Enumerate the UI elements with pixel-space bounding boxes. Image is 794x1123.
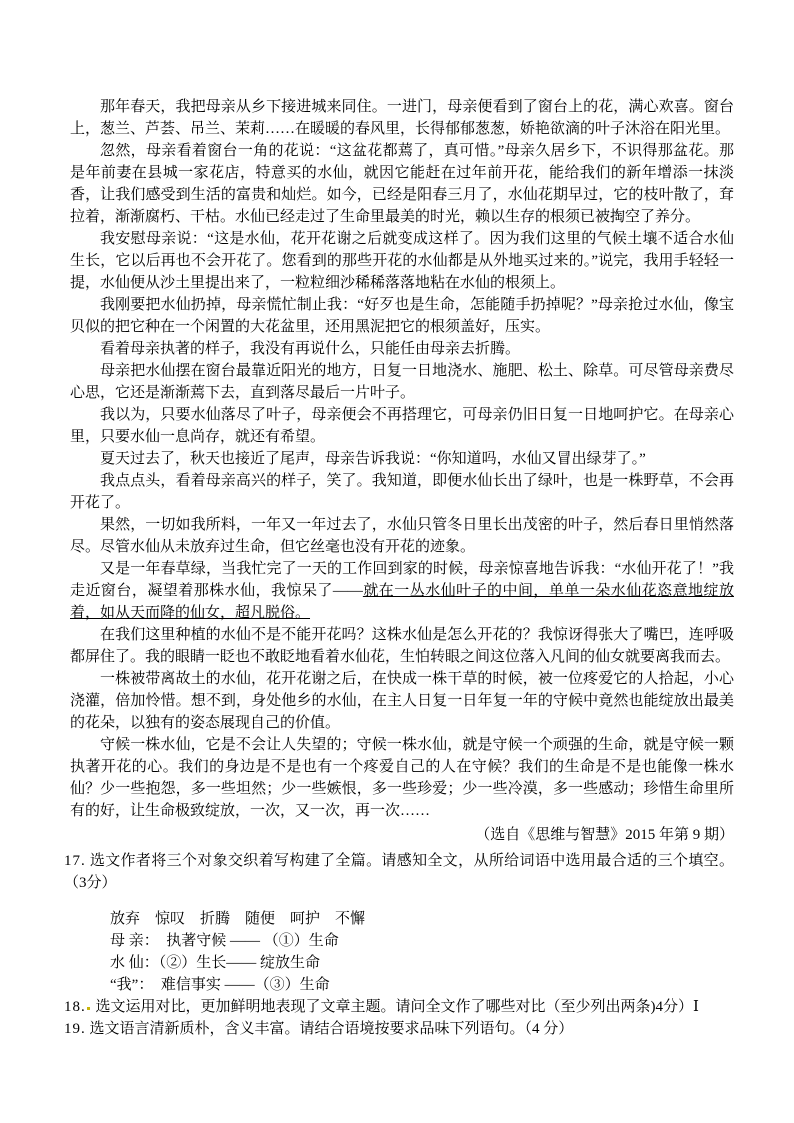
article-paragraph: 守候一株水仙，它是不会让人失望的；守候一株水仙，就是守候一个顽强的生命，就是守候…	[70, 734, 734, 822]
fill-line-mother: 母 亲： 执著守候 —— （①）生命	[70, 930, 734, 952]
question-18: 18. 选文运用对比，更加鲜明地表现了文章主题。请问全文作了哪些对比（至少列出两…	[64, 996, 734, 1018]
question-17-text: 选文作者将三个对象交织着写构建了全篇。请感知全文，从所给词语中选用最合适的三个填…	[64, 853, 734, 891]
fill-line-me: “我”： 难信事实 ——（③）生命	[70, 974, 734, 996]
question-18-text: 选文运用对比，更加鲜明地表现了文章主题。请问全文作了哪些对比（至少列出两条)4分…	[96, 999, 699, 1015]
yellow-dot-artifact	[87, 1007, 90, 1010]
question-19: 19. 选文语言清新质朴，含义丰富。请结合语境按要求品味下列语句。（4 分）	[64, 1018, 734, 1040]
article-paragraph: 我以为，只要水仙落尽了叶子，母亲便会不再搭理它，可母亲仍旧日复一日地呵护它。在母…	[70, 404, 734, 448]
question-17-number: 17.	[64, 853, 86, 869]
question-17: 17. 选文作者将三个对象交织着写构建了全篇。请感知全文，从所给词语中选用最合适…	[64, 850, 734, 894]
document-content: 那年春天，我把母亲从乡下接进城来同住。一进门，母亲便看到了窗台上的花，满心欢喜。…	[0, 0, 794, 1040]
article-paragraph: 忽然，母亲看着窗台一角的花说：“这盆花都蔫了，真可惜。”母亲久居乡下，不识得那盆…	[70, 140, 734, 228]
article-paragraph: 夏天过去了，秋天也接近了尾声，母亲告诉我说：“你知道吗，水仙又冒出绿芽了。”	[70, 448, 734, 470]
article-paragraph: 母亲把水仙摆在窗台最靠近阳光的地方，日复一日地浇水、施肥、松土、除草。可尽管母亲…	[70, 360, 734, 404]
article-paragraph: 我刚要把水仙扔掉，母亲慌忙制止我：“好歹也是生命，怎能随手扔掉呢？”母亲抢过水仙…	[70, 294, 734, 338]
document-page: 那年春天，我把母亲从乡下接进城来同住。一进门，母亲便看到了窗台上的花，满心欢喜。…	[0, 0, 794, 1123]
question-19-number: 19.	[64, 1021, 86, 1037]
article-paragraph-with-underline: 又是一年春草绿，当我忙完了一天的工作回到家的时候，母亲惊喜地告诉我：“水仙开花了…	[70, 558, 734, 624]
word-bank: 放弃 惊叹 折腾 随便 呵护 不懈	[70, 908, 734, 930]
article-paragraph: 在我们这里种植的水仙不是不能开花吗？这株水仙是怎么开花的？我惊讶得张大了嘴巴，连…	[70, 624, 734, 668]
question-19-text: 选文语言清新质朴，含义丰富。请结合语境按要求品味下列语句。（4 分）	[90, 1021, 574, 1037]
article-paragraph: 一株被带离故土的水仙，花开花谢之后，在快成一株干草的时候，被一位疼爱它的人拾起，…	[70, 668, 734, 734]
source-citation: （选自《思维与智慧》2015 年第 9 期）	[70, 824, 734, 846]
article-paragraph: 果然，一切如我所料，一年又一年过去了，水仙只管冬日里长出茂密的叶子，然后春日里悄…	[70, 514, 734, 558]
fill-line-narcissus: 水 仙：（②）生长—— 绽放生命	[70, 952, 734, 974]
question-18-number: 18.	[64, 999, 86, 1015]
article-paragraph: 我点点头，看着母亲高兴的样子，笑了。我知道，即便水仙长出了绿叶，也是一株野草，不…	[70, 470, 734, 514]
article-paragraph: 看着母亲执著的样子，我没有再说什么，只能任由母亲去折腾。	[70, 338, 734, 360]
article-paragraph: 那年春天，我把母亲从乡下接进城来同住。一进门，母亲便看到了窗台上的花，满心欢喜。…	[70, 96, 734, 140]
article-paragraph: 我安慰母亲说：“这是水仙，花开花谢之后就变成这样了。因为我们这里的气候土壤不适合…	[70, 228, 734, 294]
